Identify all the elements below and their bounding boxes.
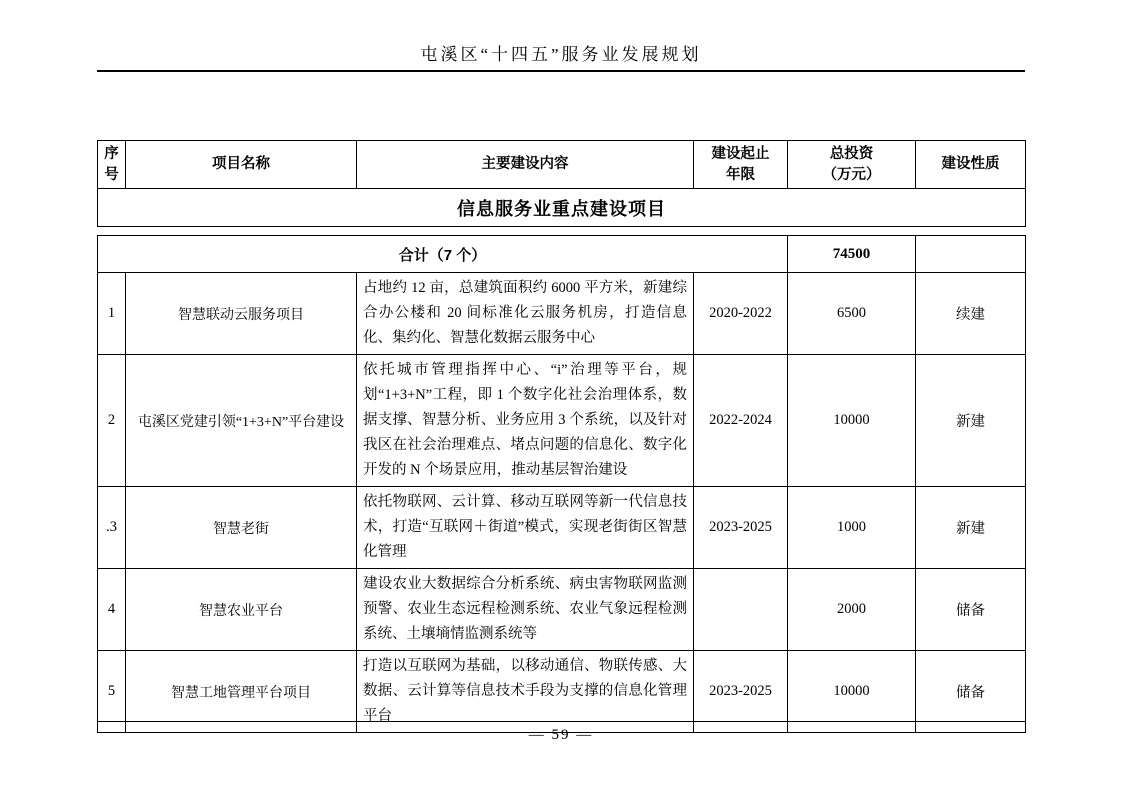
project-content-cell: 建设农业大数据综合分析系统、病虫害物联网监测预警、农业生态远程检测系统、农业气象… bbox=[357, 569, 694, 651]
section-title: 信息服务业重点建设项目 bbox=[98, 189, 1026, 227]
investment-cell: 10000 bbox=[788, 355, 916, 487]
table-row: 2 屯溪区党建引领“1+3+N”平台建设 依托城市管理指挥中心、“i”治理等平台… bbox=[98, 355, 1026, 487]
col-header-seq-line1: 序 bbox=[98, 144, 125, 165]
seq-cell: 4 bbox=[98, 569, 126, 651]
seq-cell: .3 bbox=[98, 487, 126, 569]
col-header-nature: 建设性质 bbox=[916, 141, 1026, 189]
header-rule bbox=[97, 70, 1025, 72]
project-content-cell: 依托城市管理指挥中心、“i”治理等平台，规划“1+3+N”工程，即 1 个数字化… bbox=[357, 355, 694, 487]
nature-cell: 储备 bbox=[916, 569, 1026, 651]
investment-cell: 1000 bbox=[788, 487, 916, 569]
project-name-cell: 智慧老街 bbox=[126, 487, 357, 569]
total-nature-cell bbox=[916, 236, 1026, 273]
table-head-section: 序 号 项目名称 主要建设内容 建设起止 年限 总投资 （万元） 建设性质 bbox=[97, 140, 1026, 227]
footer-rule bbox=[97, 721, 1025, 722]
project-name-cell: 屯溪区党建引领“1+3+N”平台建设 bbox=[126, 355, 357, 487]
table-row: .3 智慧老街 依托物联网、云计算、移动互联网等新一代信息技术，打造“互联网＋街… bbox=[98, 487, 1026, 569]
total-label-cell: 合计（7 个） bbox=[98, 236, 788, 273]
table-body: 合计（7 个） 74500 1 智慧联动云服务项目 占地约 12 亩，总建筑面积… bbox=[97, 235, 1026, 733]
years-cell bbox=[694, 569, 788, 651]
col-header-content: 主要建设内容 bbox=[357, 141, 694, 189]
col-header-years: 建设起止 年限 bbox=[694, 141, 788, 189]
total-row: 合计（7 个） 74500 bbox=[98, 236, 1026, 273]
investment-cell: 6500 bbox=[788, 273, 916, 355]
total-investment-cell: 74500 bbox=[788, 236, 916, 273]
section-title-row: 信息服务业重点建设项目 bbox=[98, 189, 1026, 227]
investment-cell: 2000 bbox=[788, 569, 916, 651]
years-cell: 2023-2025 bbox=[694, 487, 788, 569]
col-header-years-line2: 年限 bbox=[694, 165, 787, 186]
table-row: 1 智慧联动云服务项目 占地约 12 亩，总建筑面积约 6000 平方米，新建综… bbox=[98, 273, 1026, 355]
col-header-investment-line1: 总投资 bbox=[788, 144, 915, 165]
project-content-cell: 依托物联网、云计算、移动互联网等新一代信息技术，打造“互联网＋街道”模式，实现老… bbox=[357, 487, 694, 569]
document-page: 屯溪区“十四五”服务业发展规划 序 号 项目名称 主要建设内容 建设起止 bbox=[0, 0, 1122, 793]
project-name-cell: 智慧联动云服务项目 bbox=[126, 273, 357, 355]
project-content-cell: 占地约 12 亩，总建筑面积约 6000 平方米，新建综合办公楼和 20 间标准… bbox=[357, 273, 694, 355]
running-head-title: 屯溪区“十四五”服务业发展规划 bbox=[97, 40, 1025, 65]
nature-cell: 新建 bbox=[916, 355, 1026, 487]
col-header-seq: 序 号 bbox=[98, 141, 126, 189]
nature-cell: 新建 bbox=[916, 487, 1026, 569]
years-cell: 2022-2024 bbox=[694, 355, 788, 487]
col-header-name: 项目名称 bbox=[126, 141, 357, 189]
projects-table: 序 号 项目名称 主要建设内容 建设起止 年限 总投资 （万元） 建设性质 bbox=[97, 140, 1025, 733]
col-header-seq-line2: 号 bbox=[98, 165, 125, 186]
seq-cell: 1 bbox=[98, 273, 126, 355]
table-row: 4 智慧农业平台 建设农业大数据综合分析系统、病虫害物联网监测预警、农业生态远程… bbox=[98, 569, 1026, 651]
col-header-investment: 总投资 （万元） bbox=[788, 141, 916, 189]
years-cell: 2020-2022 bbox=[694, 273, 788, 355]
project-name-cell: 智慧农业平台 bbox=[126, 569, 357, 651]
page-number: — 59 — bbox=[0, 727, 1122, 744]
col-header-years-line1: 建设起止 bbox=[694, 144, 787, 165]
seq-cell: 2 bbox=[98, 355, 126, 487]
nature-cell: 续建 bbox=[916, 273, 1026, 355]
col-header-investment-line2: （万元） bbox=[788, 165, 915, 186]
table-header-row: 序 号 项目名称 主要建设内容 建设起止 年限 总投资 （万元） 建设性质 bbox=[98, 141, 1026, 189]
